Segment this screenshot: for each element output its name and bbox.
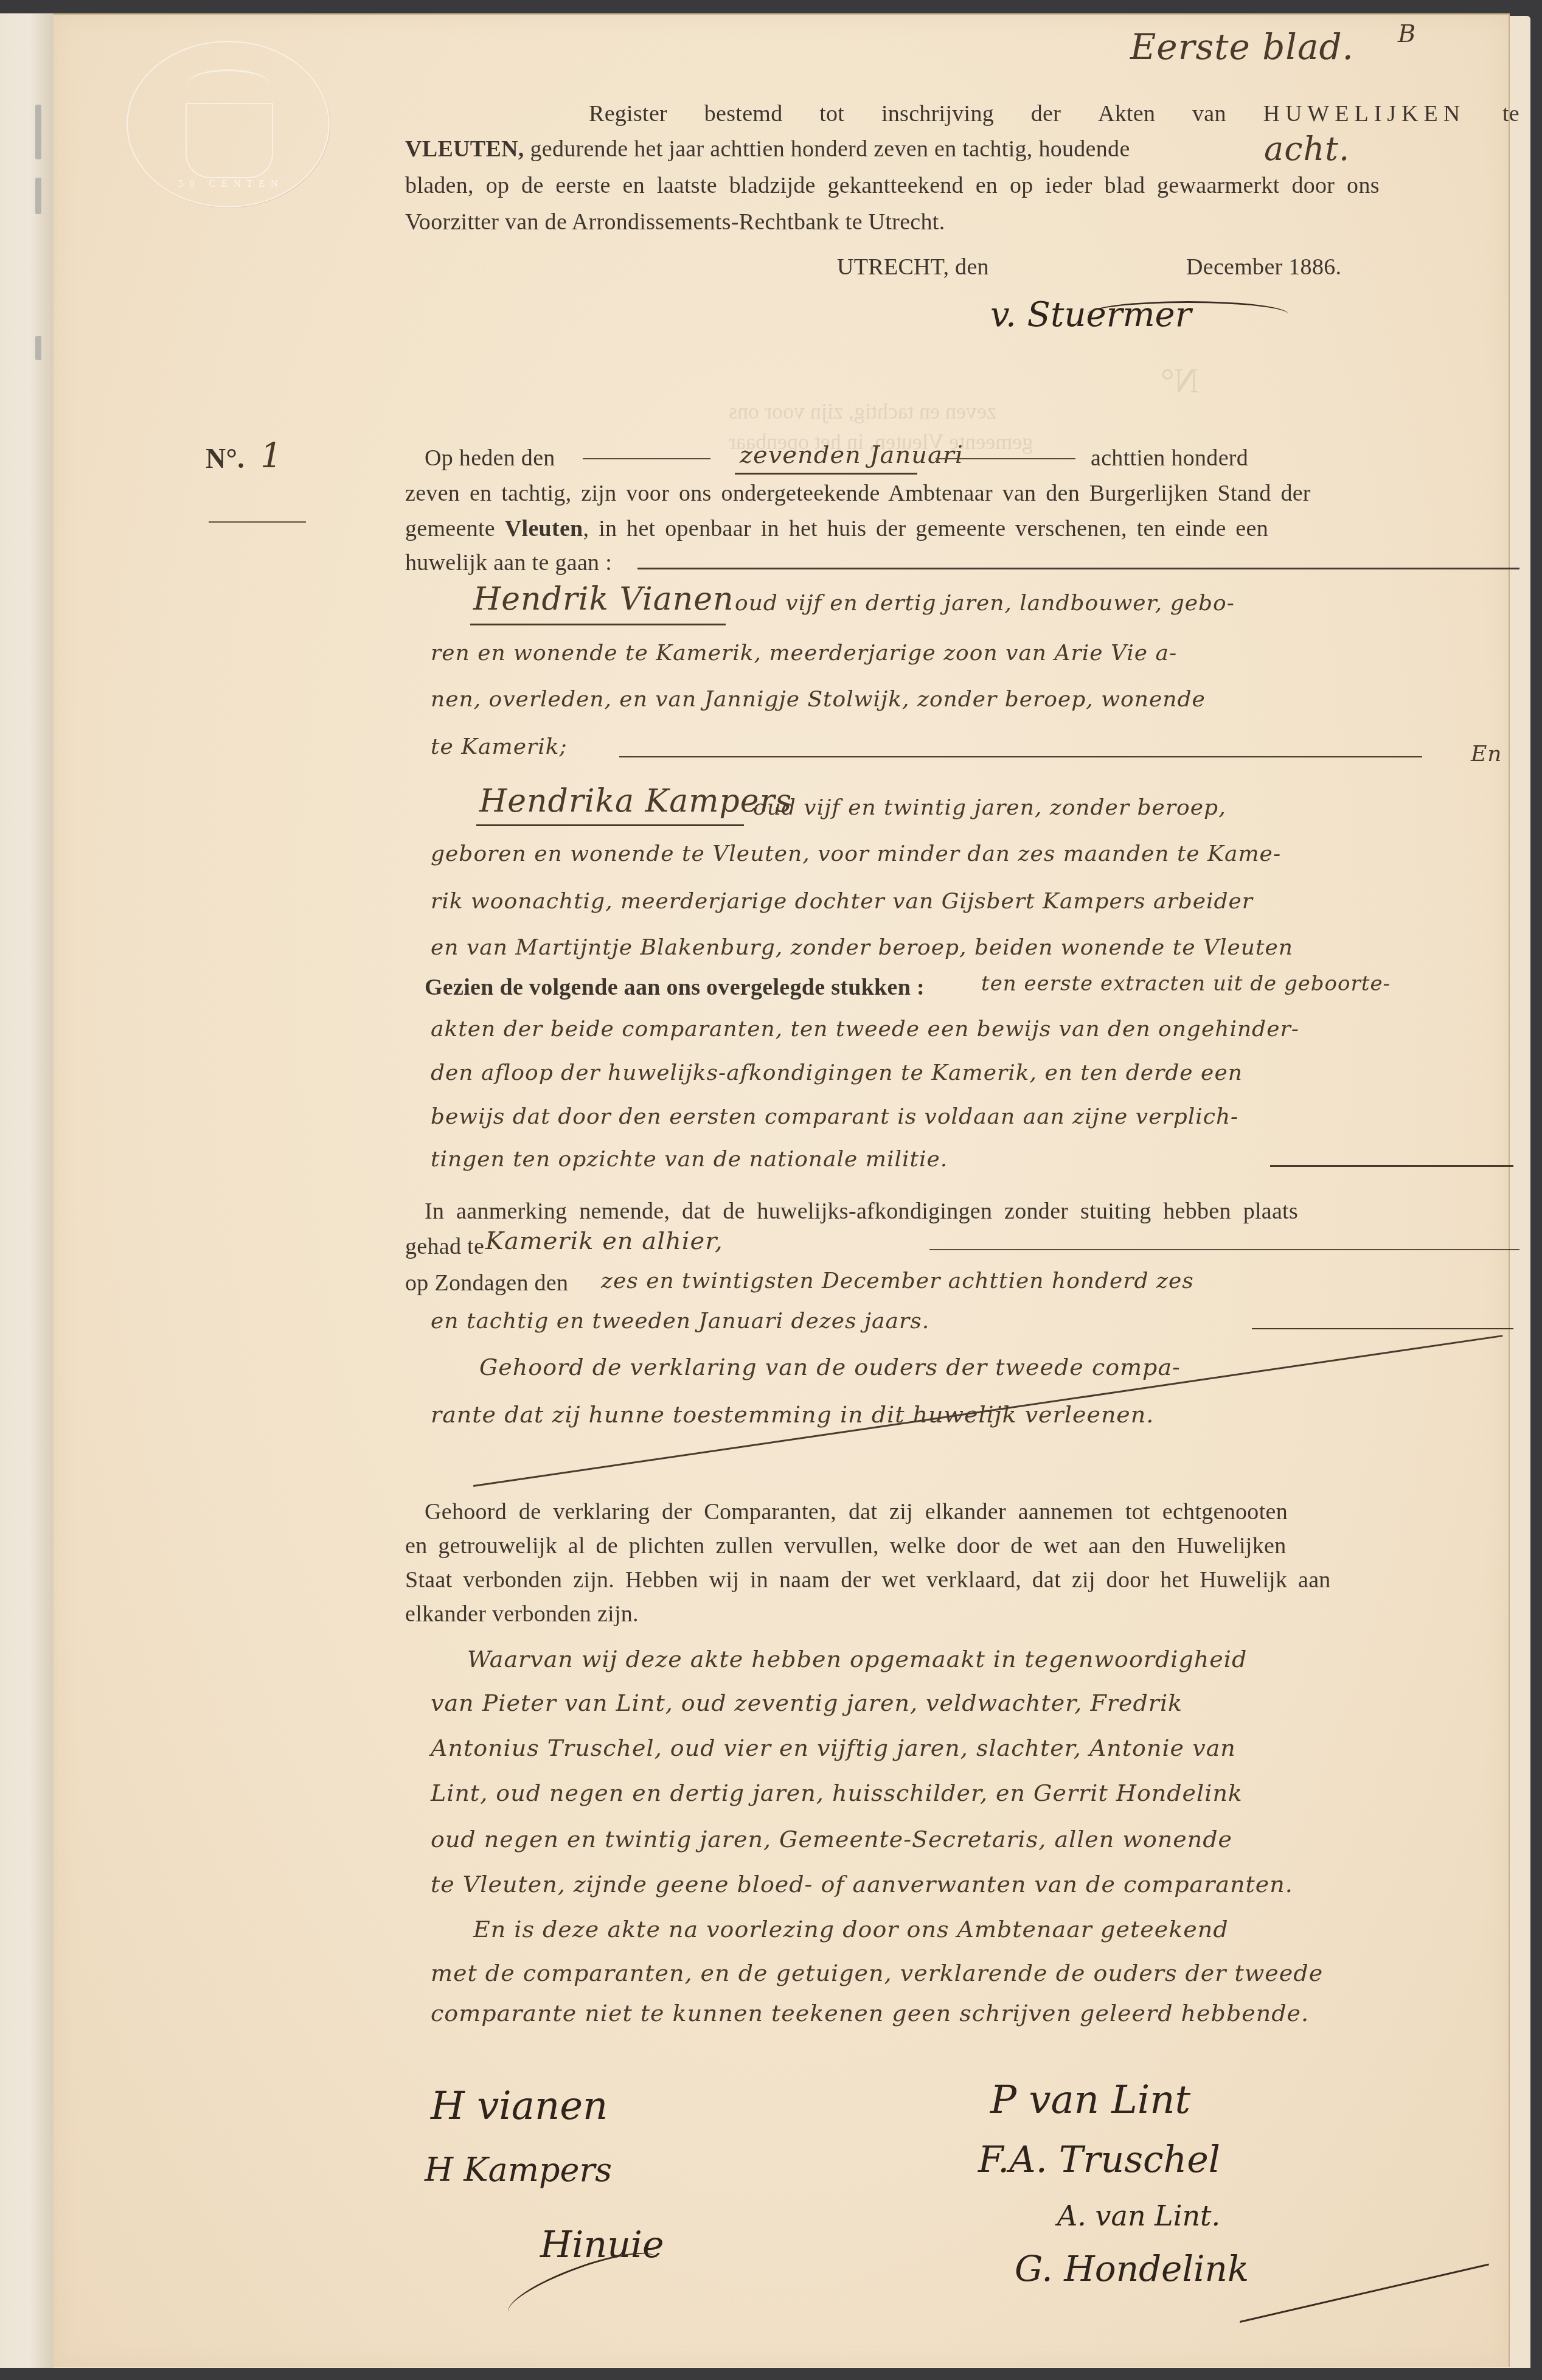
documents-line: tingen ten opzichte van de nationale mil… <box>431 1147 948 1172</box>
signature-bride: H Kampers <box>425 2151 612 2189</box>
shield-icon <box>186 103 273 178</box>
margin-rule <box>209 521 306 523</box>
date-underline <box>735 473 917 475</box>
bleed-through-text: zeven en tachtig, zijn voor ons <box>729 398 996 424</box>
stamp-text: 50 CENTEN <box>164 179 298 190</box>
word: tot <box>819 100 844 127</box>
intro-line-4: huwelijk aan te gaan : <box>405 549 612 576</box>
intro-year: achttien honderd <box>1091 445 1248 471</box>
bride-line: en van Martijntje Blakenburg, zonder ber… <box>431 935 1293 960</box>
groom-line: nen, overleden, en van Jannigje Stolwijk… <box>431 687 1206 712</box>
binding-tear <box>35 178 41 214</box>
first-page-annotation: Eerste blad. <box>1130 26 1354 68</box>
proclamation-dates: en tachtig en tweeden Januari dezes jaar… <box>431 1309 929 1334</box>
witnesses-line: Antonius Truschel, oud vier en vijftig j… <box>431 1735 1236 1761</box>
intro-line-3: gemeente Vleuten, in het openbaar in het… <box>405 515 1268 542</box>
consent-line: rante dat zij hunne toestemming in dit h… <box>431 1401 1154 1428</box>
place-date: December 1886. <box>1186 254 1341 280</box>
entry-number: 1 <box>260 436 283 476</box>
register-header-line-2: VLEUTEN, gedurende het jaar achttien hon… <box>405 136 1130 162</box>
marriage-date: zevenden Januari <box>740 441 964 469</box>
bride-line: rik woonachtig, meerderjarige dochter va… <box>431 889 1253 914</box>
conjunction-en: En <box>1471 742 1502 767</box>
intro-line-2: zeven en tachtig, zijn voor ons onderget… <box>405 480 1311 507</box>
documents-label: Gezien de volgende aan ons overgelegde s… <box>425 974 925 1001</box>
witnesses-line: oud negen en twintig jaren, Gemeente-Sec… <box>431 1826 1232 1853</box>
consent-line: Gehoord de verklaring van de ouders der … <box>479 1354 1181 1380</box>
text: , in het openbaar in het huis der gemeen… <box>583 516 1268 541</box>
signature-witness-3: A. van Lint. <box>1057 2199 1220 2232</box>
signature-witness-4: G. Hondelink <box>1015 2248 1249 2289</box>
groom-line: ren en wonende te Kamerik, meerderjarige… <box>431 641 1177 666</box>
entry-number-label: N°. <box>206 442 245 475</box>
text: gedurende het jaar achttien honderd zeve… <box>530 136 1130 162</box>
text: gemeente <box>405 516 495 541</box>
closing-line: En is deze akte na voorlezing door ons A… <box>473 1916 1228 1943</box>
declaration-line: elkander verbonden zijn. <box>405 1601 639 1627</box>
documents-line: ten eerste extracten uit de geboorte- <box>981 972 1391 996</box>
groom-line: te Kamerik; <box>431 734 568 759</box>
witnesses-line: te Vleuten, zijnde geene bloed- of aanve… <box>431 1871 1293 1898</box>
register-page: 50 CENTEN zeven en tachtig, zijn voor on… <box>54 13 1510 2367</box>
blank-rule <box>936 458 1075 459</box>
signature-witness-2: F.A. Truschel <box>978 2138 1220 2181</box>
word: Register <box>589 100 667 127</box>
signature-flourish <box>1240 2264 1489 2323</box>
word: Akten <box>1098 100 1155 127</box>
documents-line: bewijs dat door den eersten comparant is… <box>431 1104 1238 1129</box>
blank-rule <box>637 568 1519 569</box>
declaration-line: Staat verbonden zijn. Hebben wij in naam… <box>405 1567 1331 1593</box>
crown-icon <box>186 69 271 102</box>
title-huwelijken: HUWELIJKEN <box>1263 100 1465 127</box>
word: te <box>1502 100 1519 127</box>
blank-rule <box>583 458 710 459</box>
proclamations-line-1: In aanmerking nemende, dat de huwelijks-… <box>425 1198 1298 1225</box>
groom-line: oud vijf en dertig jaren, landbouwer, ge… <box>735 591 1235 616</box>
bride-name: Hendrika Kampers <box>479 783 792 819</box>
binding-tear <box>35 105 41 159</box>
blank-rule <box>1252 1328 1513 1329</box>
closing-line: comparante niet te kunnen teekenen geen … <box>431 2000 1309 2027</box>
signature-groom: H vianen <box>431 2084 608 2129</box>
groom-name-underline <box>470 624 726 625</box>
blank-rule <box>619 756 1422 757</box>
witnesses-line: Waarvan wij deze akte hebben opgemaakt i… <box>467 1646 1247 1672</box>
book-binding-strip <box>0 13 55 2368</box>
proclamations-zondagen: op Zondagen den <box>405 1270 568 1296</box>
proclamation-dates: zes en twintigsten December achttien hon… <box>601 1268 1194 1293</box>
witnesses-line: Lint, oud negen en dertig jaren, huissch… <box>431 1780 1243 1806</box>
documents-line: akten der beide comparanten, ten tweede … <box>431 1017 1299 1042</box>
intro-op-heden: Op heden den <box>425 445 555 471</box>
binding-tear <box>35 336 41 360</box>
municipality-name: Vleuten <box>505 516 583 541</box>
groom-name: Hendrik Vianen <box>473 581 734 618</box>
word: bestemd <box>704 100 783 127</box>
place-city: UTRECHT, den <box>837 254 989 280</box>
proclamations-gehad-te: gehad te <box>405 1233 484 1260</box>
register-header-line-1: Register bestemd tot inschrijving der Ak… <box>589 100 1519 127</box>
documents-line: den afloop der huwelijks-afkondigingen t… <box>431 1060 1243 1085</box>
declaration-line: Gehoord de verklaring der Comparanten, d… <box>425 1498 1288 1525</box>
page-initial: B <box>1398 20 1416 48</box>
bride-line: oud vijf en twintig jaren, zonder beroep… <box>753 795 1226 820</box>
signature-flourish <box>1088 301 1288 327</box>
municipality-name: VLEUTEN, <box>405 136 524 162</box>
signature-witness-1: P van Lint <box>990 2078 1190 2123</box>
closing-line: met de comparanten, en de getuigen, verk… <box>431 1960 1323 1986</box>
word: inschrijving <box>881 100 994 127</box>
register-header-line-4: Voorzitter van de Arrondissements-Rechtb… <box>405 209 945 235</box>
declaration-line: en getrouwelijk al de plichten zullen ve… <box>405 1533 1286 1559</box>
page-count-handwritten: acht. <box>1264 130 1350 168</box>
bride-name-underline <box>476 824 744 826</box>
witnesses-line: van Pieter van Lint, oud zeventig jaren,… <box>431 1689 1183 1716</box>
bleed-through-number: N° <box>1161 362 1199 401</box>
blank-rule <box>1270 1165 1513 1167</box>
register-header-line-3: bladen, op de eerste en laatste bladzijd… <box>405 172 1380 199</box>
embossed-stamp-icon: 50 CENTEN <box>127 41 330 207</box>
word: van <box>1192 100 1226 127</box>
proclamation-places: Kamerik en alhier, <box>485 1227 723 1255</box>
word: der <box>1031 100 1061 127</box>
blank-rule <box>929 1249 1519 1250</box>
bride-line: geboren en wonende te Vleuten, voor mind… <box>431 841 1281 866</box>
